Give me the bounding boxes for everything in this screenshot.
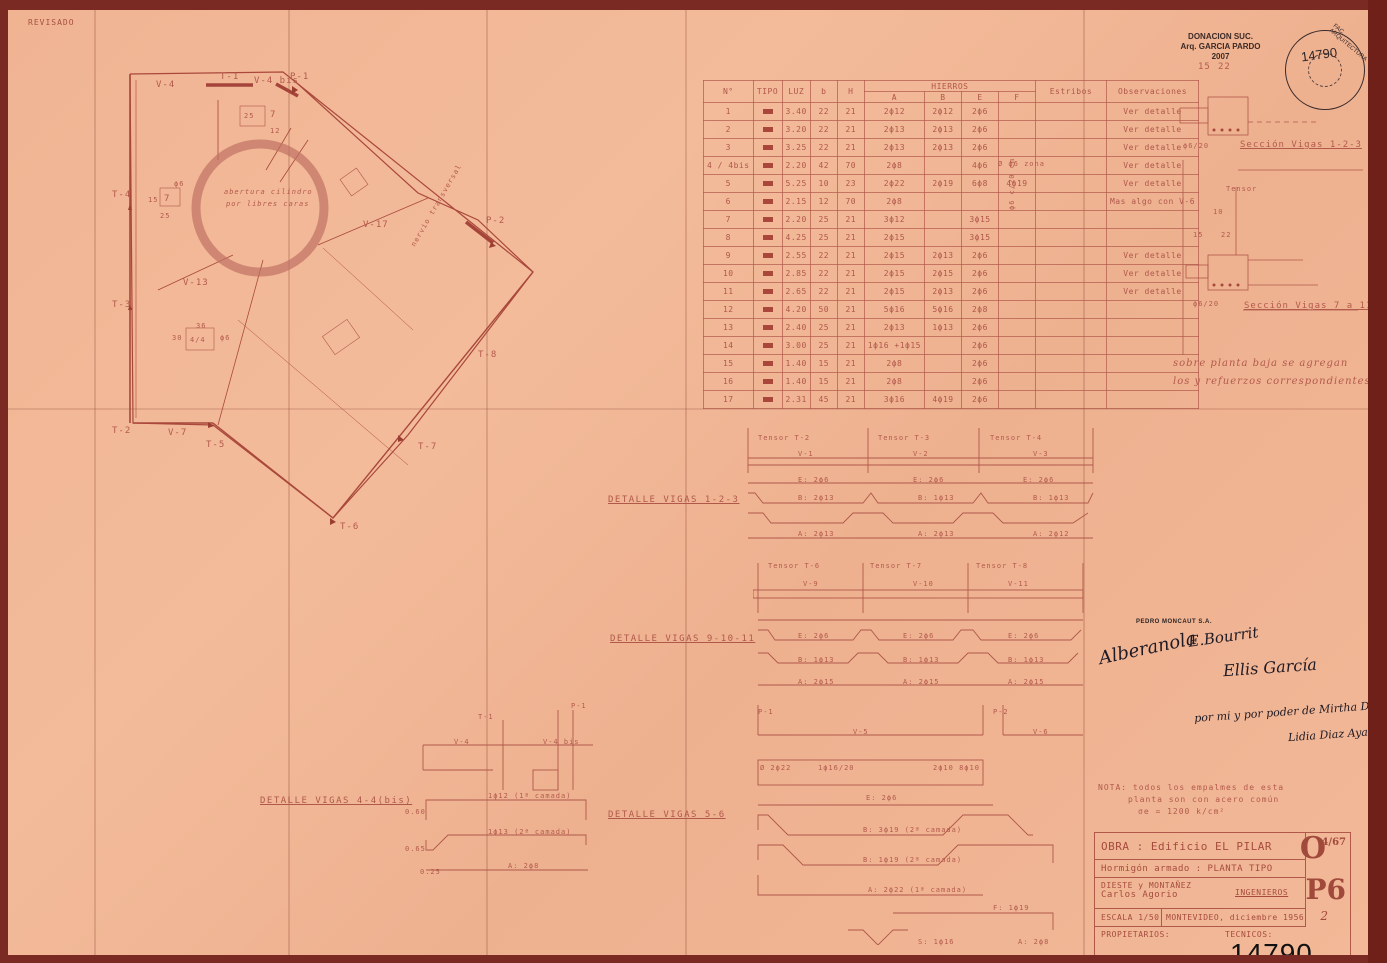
section-type-icon [763,361,773,366]
table-row: 143.0025211ϕ16 +1ϕ152ϕ6 [704,337,1199,355]
dim-value: 25 [244,112,254,120]
title-block: OBRA : Edificio EL PILAR Hormigón armado… [1094,832,1351,955]
iron-b: 1ϕ13 [924,319,961,337]
width: 15 [810,355,837,373]
height: 21 [837,265,864,283]
type-glyph [753,229,782,247]
dim-value: 7 [270,110,276,120]
dim-value: 12 [270,127,280,135]
iron-a: 2ϕ22 [864,175,924,193]
col-header: HIERROS [864,81,1035,92]
bar-label: B: 1ϕ13 [798,656,835,664]
detail-note: 1ϕ16/20 [818,764,855,772]
nota-line: NOTA: todos los empalmes de esta [1098,783,1284,792]
height: 21 [837,283,864,301]
bar-label: B: 3ϕ19 (2ª camada) [863,826,962,834]
stirrups [1035,121,1106,139]
table-row: 55.2510232ϕ222ϕ196ϕ84ϕ19Ver detalle [704,175,1199,193]
iron-a: 2ϕ13 [864,121,924,139]
height: 21 [837,211,864,229]
row-number: 8 [704,229,754,247]
height: 23 [837,175,864,193]
tensor-label: T-8 [478,350,497,360]
dim-value: 7 [164,194,170,204]
beam-label: V-6 [1033,728,1049,736]
circular-opening [196,144,324,272]
type-glyph [753,139,782,157]
stirrups [1035,229,1106,247]
tensor-label: Tensor T-3 [878,434,930,442]
span: 2.20 [782,211,810,229]
iron-e: 3ϕ15 [961,229,998,247]
pillar-label: P-1 [571,702,587,710]
type-glyph [753,373,782,391]
height: 21 [837,337,864,355]
width: 50 [810,301,837,319]
iron-b [924,157,961,175]
iron-e: 6ϕ8 [961,175,998,193]
bar-label: 1ϕ12 (1ª camada) [488,792,571,800]
height: 21 [837,355,864,373]
bar-label: B: 1ϕ19 (2ª camada) [863,856,962,864]
bar-label: A: 2ϕ15 [1008,678,1045,686]
iron-a: 2ϕ8 [864,193,924,211]
section-type-icon [763,127,773,132]
iron-f [998,229,1035,247]
iron-f [998,301,1035,319]
table-row: 102.8522212ϕ152ϕ152ϕ6Ver detalle [704,265,1199,283]
span: 2.31 [782,391,810,409]
nota-line: σe = 1200 k/cm² [1138,807,1225,816]
row-number: 5 [704,175,754,193]
width: 22 [810,265,837,283]
bar-label: A: 2ϕ12 [1033,530,1070,538]
width: 22 [810,247,837,265]
width: 22 [810,121,837,139]
type-glyph [753,175,782,193]
col-header: Estribos [1035,81,1106,103]
section-label: Sección Vigas 7 a 11 [1244,301,1368,311]
iron-f [998,319,1035,337]
section-type-icon [763,163,773,168]
iron-e: 2ϕ6 [961,247,998,265]
stirrups [1035,175,1106,193]
beam-label: V-11 [1008,580,1029,588]
stirrups [1035,103,1106,121]
donation-line: DONACION SUC. [1168,32,1273,42]
bar-label: A: 2ϕ15 [903,678,940,686]
section-type-icon [763,397,773,402]
stirrups [1035,373,1106,391]
span: 5.25 [782,175,810,193]
detail-vigas-9-10-11-drawing [753,558,1098,693]
tensor-label: Tensor T-2 [758,434,810,442]
span: 2.15 [782,193,810,211]
tensor-label: T-7 [418,442,437,452]
bar-label: B: 1ϕ13 [1033,494,1070,502]
beam-label: V-4 [156,80,175,90]
iron-b: 4ϕ19 [924,391,961,409]
iron-b [924,211,961,229]
engineers-block: DIESTE y MONTAÑEZ Carlos Agorio INGENIER… [1095,878,1305,909]
type-glyph [753,157,782,175]
iron-f [998,139,1035,157]
sheet-number: P6 [1305,873,1346,906]
width: 15 [810,373,837,391]
bar-label: A: 2ϕ8 [1018,938,1049,946]
height: 21 [837,301,864,319]
col-header: A [864,92,924,103]
iron-b [924,229,961,247]
detail-title: DETALLE VIGAS 1-2-3 [608,495,739,505]
bar-label: 1ϕ13 (2ª camada) [488,828,571,836]
section-type-icon [763,253,773,258]
type-glyph [753,301,782,319]
beam-label: V-2 [913,450,929,458]
tensor-label: T-5 [206,440,225,450]
detail-title: DETALLE VIGAS 4-4(bis) [260,796,412,806]
iron-a: 2ϕ15 [864,283,924,301]
bar-label: B: 2ϕ13 [798,494,835,502]
iron-e: 2ϕ6 [961,265,998,283]
section-type-icon [763,325,773,330]
row-number: 17 [704,391,754,409]
span: 4.25 [782,229,810,247]
row-number: 2 [704,121,754,139]
drawing-subject: Hormigón armado : PLANTA TIPO [1095,860,1305,878]
table-row: 112.6522212ϕ152ϕ132ϕ6Ver detalle [704,283,1199,301]
project-name: OBRA : Edificio EL PILAR [1095,833,1305,860]
handwritten-note: los y refuerzos correspondientes [1173,376,1368,387]
bar-label: E: 2ϕ6 [1008,632,1039,640]
iron-e: 2ϕ6 [961,355,998,373]
detail-title: DETALLE VIGAS 5-6 [608,810,726,820]
row-number: 9 [704,247,754,265]
dim-value: 25 [160,212,170,220]
type-glyph [753,391,782,409]
section-dim: 15 [1193,231,1203,239]
beam-label: V-3 [1033,450,1049,458]
height: 21 [837,229,864,247]
iron-b: 5ϕ16 [924,301,961,319]
type-glyph [753,265,782,283]
row-number: 12 [704,301,754,319]
stirrups [1035,211,1106,229]
type-glyph [753,193,782,211]
dim-value: 0.65 [405,845,426,853]
width: 12 [810,193,837,211]
donation-line: Arq. GARCIA PARDO [1168,42,1273,52]
owners-label: PROPIETARIOS: [1101,930,1170,939]
beam-label: V-1 [798,450,814,458]
detail-note: 2ϕ10 8ϕ10 [933,764,980,772]
pillar-label: P-2 [993,708,1009,716]
col-header: N° [704,81,754,103]
iron-a: 5ϕ16 [864,301,924,319]
iron-f [998,121,1035,139]
row-number: 10 [704,265,754,283]
table-row: 124.2050215ϕ165ϕ162ϕ8 [704,301,1199,319]
row-number: 3 [704,139,754,157]
section-dim: 10 [1213,208,1223,216]
iron-f: 4ϕ19 [998,175,1035,193]
iron-f [998,355,1035,373]
blueprint-sheet: REVISADO [8,10,1368,955]
detail-note: Ø 2ϕ22 [760,764,791,772]
iron-a: 1ϕ16 +1ϕ15 [864,337,924,355]
bar-label: A: 2ϕ13 [798,530,835,538]
height: 21 [837,373,864,391]
height: 21 [837,103,864,121]
beam-schedule-table: N° TIPO LUZ b H HIERROS Estribos Observa… [703,80,1199,409]
dim-value: 0.25 [420,868,441,876]
iron-e: 2ϕ6 [961,121,998,139]
bar-label: A: 2ϕ13 [918,530,955,538]
iron-a: 2ϕ15 [864,229,924,247]
row-number: 7 [704,211,754,229]
width: 10 [810,175,837,193]
table-row: 33.2522212ϕ132ϕ132ϕ6Ver detalle [704,139,1199,157]
section-type-icon [763,289,773,294]
width: 45 [810,391,837,409]
width: 25 [810,229,837,247]
width: 25 [810,211,837,229]
table-row: 4 / 4bis2.2042702ϕ84ϕ6Ver detalle [704,157,1199,175]
iron-a: 3ϕ12 [864,211,924,229]
type-glyph [753,337,782,355]
iron-a: 2ϕ13 [864,319,924,337]
donation-year: 2007 [1168,52,1273,62]
span: 3.20 [782,121,810,139]
type-glyph [753,103,782,121]
detail-title: DETALLE VIGAS 9-10-11 [610,634,755,644]
col-header: F [998,92,1035,103]
bar-label: F: 1ϕ19 [993,904,1030,912]
width: 25 [810,337,837,355]
iron-f [998,211,1035,229]
engineers-role: INGENIEROS [1235,888,1288,897]
iron-e: 2ϕ6 [961,283,998,301]
iron-b: 2ϕ13 [924,283,961,301]
iron-a: 2ϕ13 [864,139,924,157]
span: 2.85 [782,265,810,283]
beam-label: V-10 [913,580,934,588]
span: 1.40 [782,355,810,373]
row-number: 13 [704,319,754,337]
bar-label: B: 1ϕ13 [1008,656,1045,664]
type-glyph [753,319,782,337]
stirrups [1035,355,1106,373]
width: 22 [810,139,837,157]
stirrups [1035,247,1106,265]
section-type-icon [763,271,773,276]
table-row: 151.4015212ϕ82ϕ6 [704,355,1199,373]
dim-value: 30 [172,334,182,342]
col-header: B [924,92,961,103]
iron-f [998,337,1035,355]
span: 3.00 [782,337,810,355]
dim-value: ϕ6 [174,180,184,188]
company-stamp: PEDRO MONCAUT S.A. [1136,619,1212,625]
height: 21 [837,391,864,409]
iron-b: 2ϕ15 [924,265,961,283]
iron-b: 2ϕ13 [924,247,961,265]
iron-a: 2ϕ15 [864,265,924,283]
tensor-label: T-2 [112,426,131,436]
archive-number: 14790 [1230,938,1313,955]
iron-b [924,193,961,211]
bar-label: A: 2ϕ15 [798,678,835,686]
iron-f [998,283,1035,301]
iron-f [998,265,1035,283]
row-number: 14 [704,337,754,355]
dim-value: 15 [148,196,158,204]
iron-b: 2ϕ13 [924,121,961,139]
table-row: 23.2022212ϕ132ϕ132ϕ6Ver detalle [704,121,1199,139]
type-glyph [753,121,782,139]
section-type-icon [763,379,773,384]
iron-e: 4ϕ6 [961,157,998,175]
stirrups [1035,283,1106,301]
section-type-icon [763,181,773,186]
section-type-icon [763,307,773,312]
type-glyph [753,355,782,373]
section-dim: 15 [1198,62,1211,72]
section-note: ϕ6/20 [1193,300,1219,308]
section-dim: 22 [1221,231,1231,239]
width: 25 [810,319,837,337]
section-dim: 22 [1218,62,1231,72]
tensor-label: Tensor T-8 [976,562,1028,570]
stirrups [1035,319,1106,337]
scan-border [1368,0,1387,963]
pillar-label: P-2 [486,216,505,226]
iron-b: 2ϕ12 [924,103,961,121]
span: 1.40 [782,373,810,391]
iron-e: 2ϕ8 [961,301,998,319]
span: 2.40 [782,319,810,337]
section-tensor: Tensor [1226,185,1257,193]
span: 2.65 [782,283,810,301]
table-row: 84.2525212ϕ153ϕ15 [704,229,1199,247]
row-number: 15 [704,355,754,373]
stirrups [1035,391,1106,409]
tensor-label: T-4 [112,190,131,200]
iron-e: 2ϕ6 [961,337,998,355]
iron-e: 2ϕ6 [961,103,998,121]
opening-label: abertura cilindro [224,188,313,196]
type-glyph [753,211,782,229]
bar-label: A: 2ϕ8 [508,862,539,870]
detail-vigas-4-drawing [418,700,598,900]
bar-label: E: 2ϕ6 [798,632,829,640]
beam-label: V-13 [183,278,209,288]
stirrup-detail: Ø ϕ6 zona [998,160,1045,168]
iron-f [998,247,1035,265]
beam-label: V-4 bis [254,76,299,86]
scale-date-row: ESCALA 1/50 MONTEVIDEO, diciembre 1956 [1095,909,1305,927]
beam-label: V-7 [168,428,187,438]
section-type-icon [763,235,773,240]
sheet-code-sub: 4/67 [1321,837,1346,848]
bar-label: E: 2ϕ6 [913,476,944,484]
handwritten-note: sobre planta baja se agregan [1173,358,1348,369]
table-row: 62.1512702ϕ8Mas algo con V-6 [704,193,1199,211]
bar-label: B: 1ϕ13 [918,494,955,502]
beam-label: V-17 [363,220,389,230]
height: 21 [837,139,864,157]
bar-label: S: 1ϕ16 [918,938,955,946]
type-glyph [753,283,782,301]
bar-label: E: 2ϕ6 [866,794,897,802]
bar-label: E: 2ϕ6 [903,632,934,640]
dim-value: 4/4 [190,336,206,344]
iron-a: 2ϕ15 [864,247,924,265]
iron-e: 3ϕ15 [961,211,998,229]
iron-f [998,391,1035,409]
section-type-icon [763,217,773,222]
table-row: 13.4022212ϕ122ϕ122ϕ6Ver detalle [704,103,1199,121]
bar-label: E: 2ϕ6 [1023,476,1054,484]
iron-b [924,355,961,373]
iron-e: 2ϕ6 [961,319,998,337]
type-glyph [753,247,782,265]
iron-e: 2ϕ6 [961,391,998,409]
stirrups [1035,193,1106,211]
bar-label: B: 1ϕ13 [903,656,940,664]
row-number: 4 / 4bis [704,157,754,175]
tensor-label: Tensor T-6 [768,562,820,570]
bar-label: E: 2ϕ6 [798,476,829,484]
section-label: Sección Vigas 1-2-3 [1240,140,1362,150]
col-header: E [961,92,998,103]
height: 21 [837,247,864,265]
row-number: 16 [704,373,754,391]
beam-label: V-4 [454,738,470,746]
col-header: H [837,81,864,103]
beam-label: V-4 bis [543,738,580,746]
span: 2.55 [782,247,810,265]
span: 3.25 [782,139,810,157]
table-row: 92.5522212ϕ152ϕ132ϕ6Ver detalle [704,247,1199,265]
section-type-icon [763,145,773,150]
opening-label: por libres caras [226,200,309,208]
width: 42 [810,157,837,175]
iron-a: 2ϕ8 [864,373,924,391]
section-drawings [1158,70,1368,400]
pillar-label: P-1 [758,708,774,716]
tensor-label: Tensor T-7 [870,562,922,570]
section-note: ϕ6/20 [1183,142,1209,150]
iron-a: 2ϕ8 [864,355,924,373]
stirrups [1035,157,1106,175]
row-number: 6 [704,193,754,211]
height: 21 [837,121,864,139]
section-type-icon [763,343,773,348]
iron-b [924,373,961,391]
section-type-icon [763,199,773,204]
detail-vigas-5-drawing [753,705,1098,945]
iron-e: 2ϕ6 [961,373,998,391]
iron-a: 2ϕ8 [864,157,924,175]
height: 70 [837,193,864,211]
stirrups [1035,337,1106,355]
width: 22 [810,103,837,121]
place-date: MONTEVIDEO, diciembre 1956 [1161,909,1304,927]
height: 70 [837,157,864,175]
width: 22 [810,283,837,301]
iron-a: 2ϕ12 [864,103,924,121]
